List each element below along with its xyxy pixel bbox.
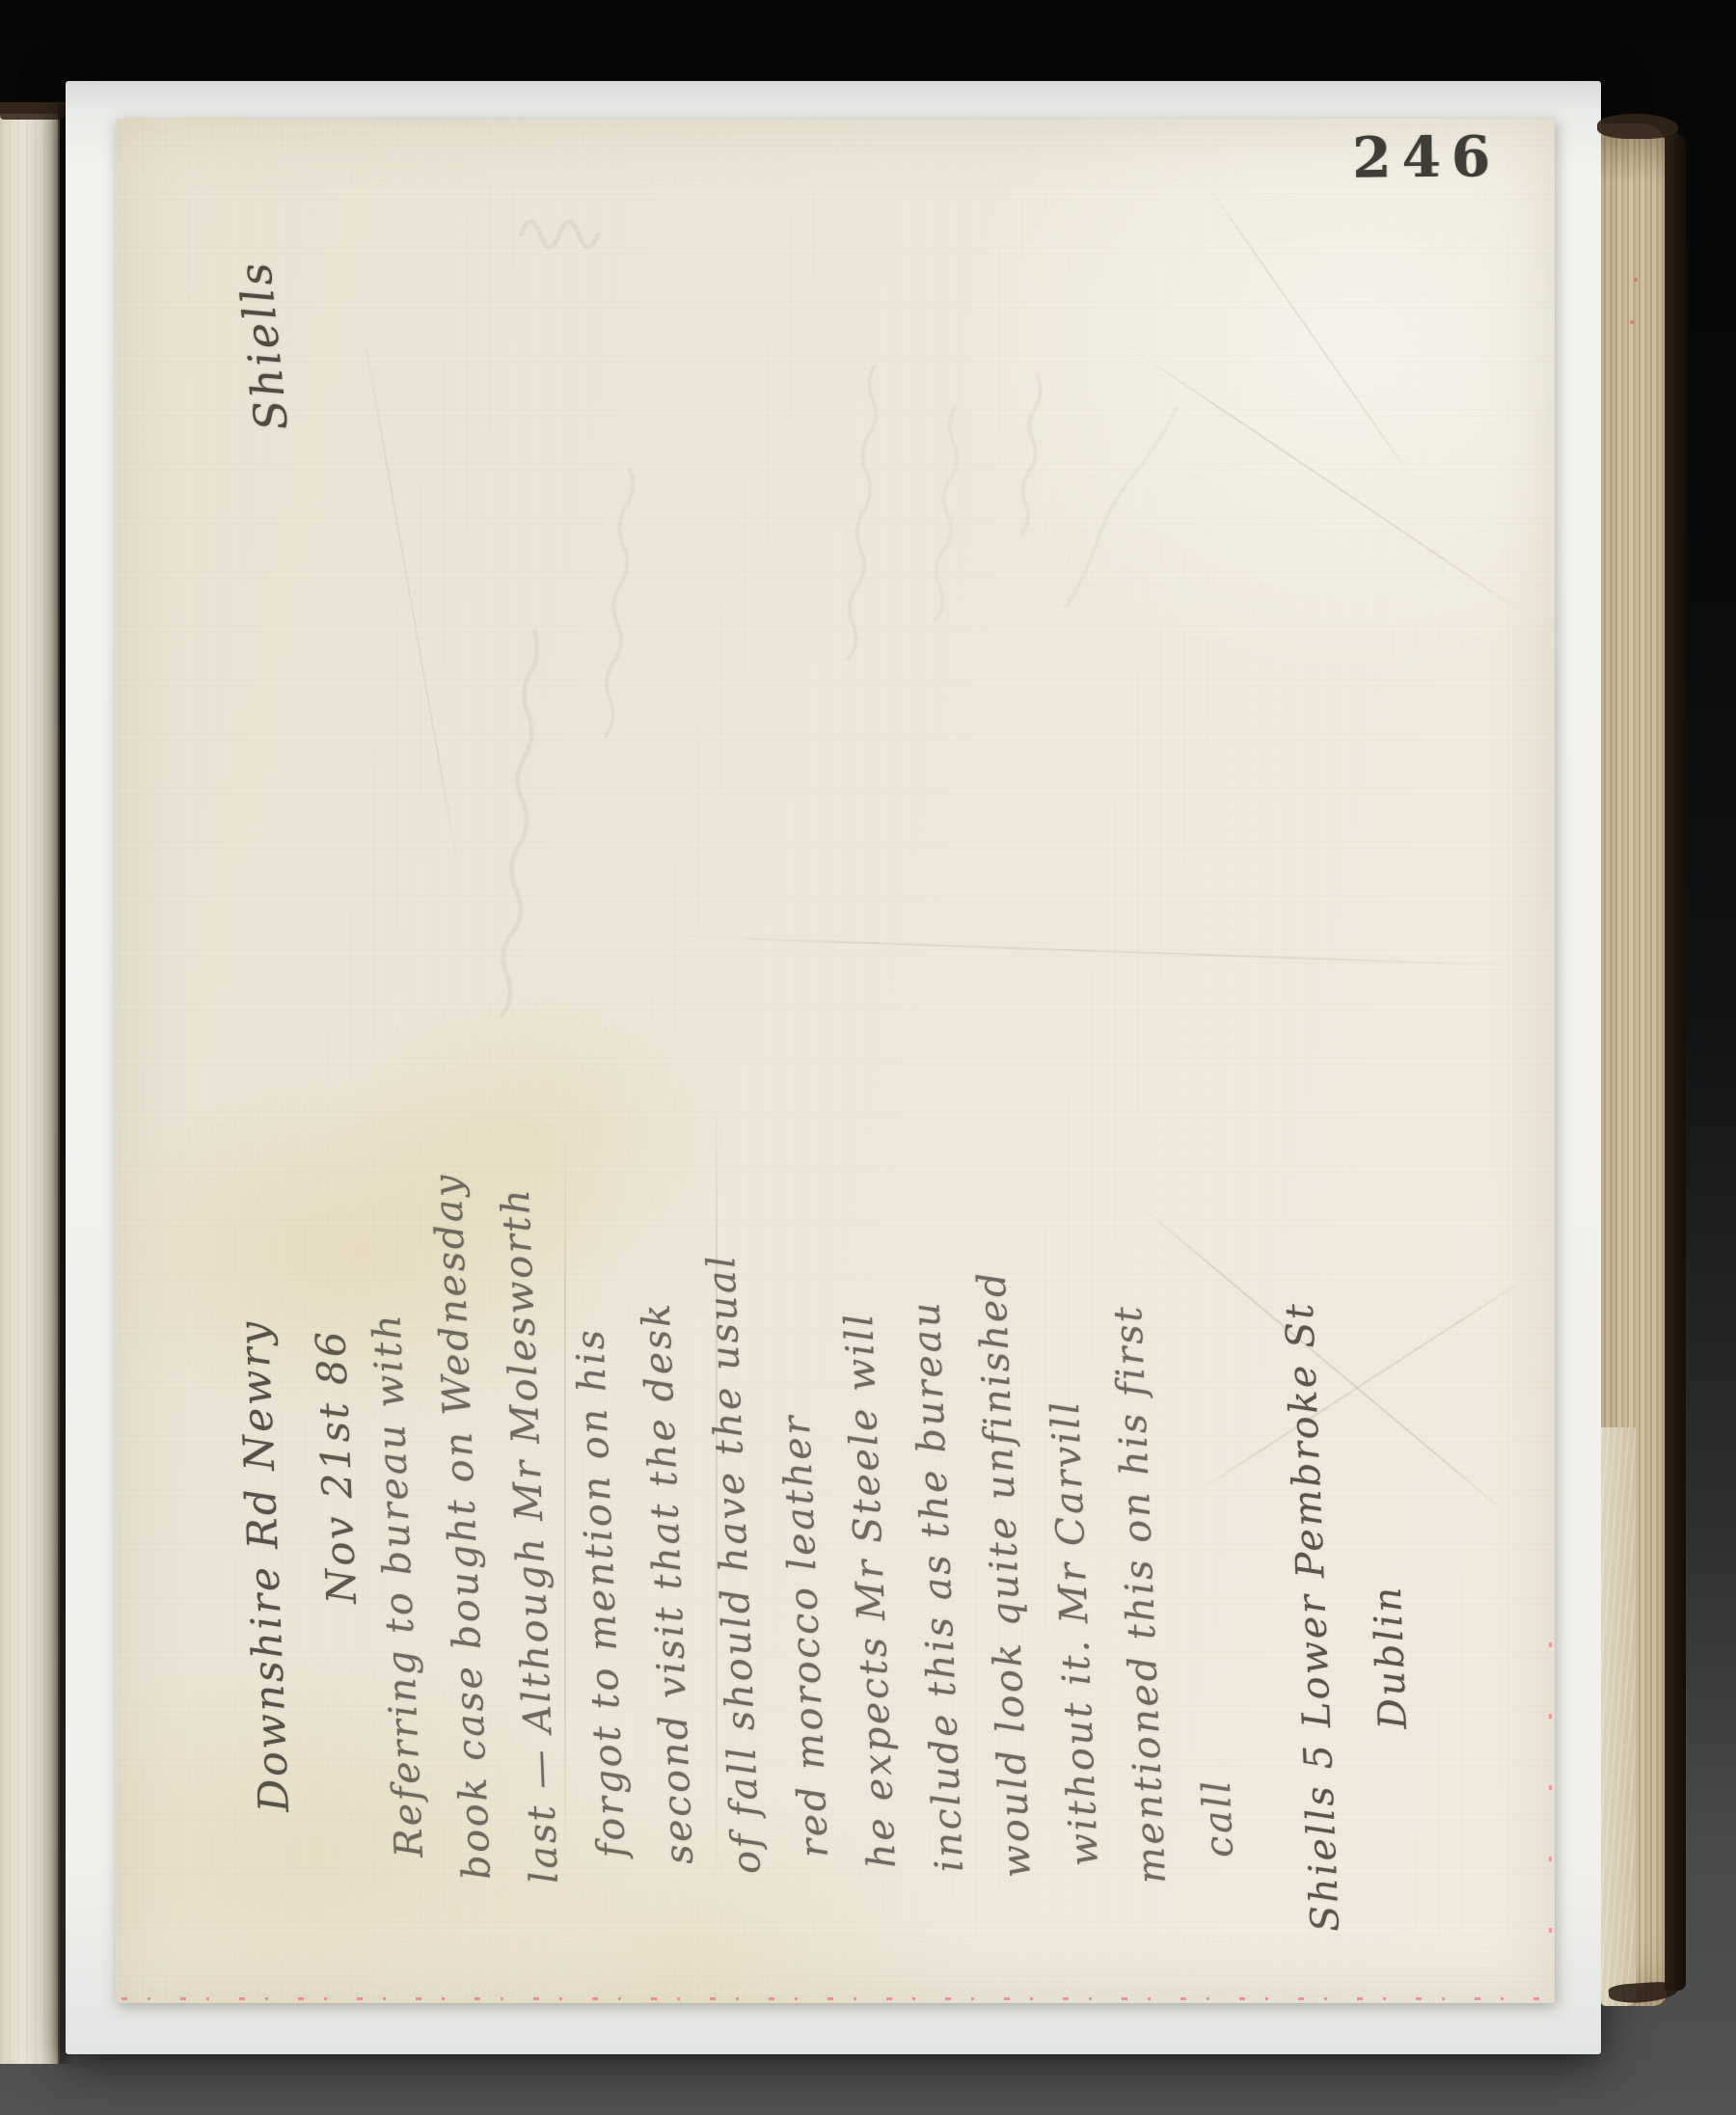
crease-line [1127, 345, 1529, 616]
page-number-stamp: 246 [1352, 123, 1502, 191]
crease-line [670, 935, 1519, 967]
manuscript-page: 246 Shiells Downshire Rd NewryNov 21st 8… [116, 119, 1555, 2003]
scanned-manuscript-photo: { "page_number": "246", "index_note": "S… [0, 0, 1736, 2115]
binding-leather-sliver [0, 102, 66, 120]
letter-lines: Downshire Rd NewryNov 21st 86Referring t… [241, 1099, 1427, 1948]
fore-edge-inner-pages [1601, 1427, 1636, 2006]
cover-bottom-corner [1608, 1981, 1678, 2005]
letter-line: Dublin [1334, 1099, 1427, 1730]
red-ruled-edge-bottom [122, 1997, 1545, 2000]
facing-page-edge [0, 114, 60, 2064]
red-speck [1634, 278, 1638, 282]
crease-line [1202, 178, 1419, 488]
red-speck [1630, 320, 1634, 324]
crease-line [360, 316, 462, 886]
red-ruled-edge-right [1549, 1642, 1552, 1990]
book-cover-edge [1665, 133, 1686, 1991]
index-note: Shiells [223, 203, 333, 433]
cover-top-corner [1597, 114, 1678, 139]
letter-text: Downshire Rd NewryNov 21st 86Referring t… [241, 1099, 1456, 1948]
